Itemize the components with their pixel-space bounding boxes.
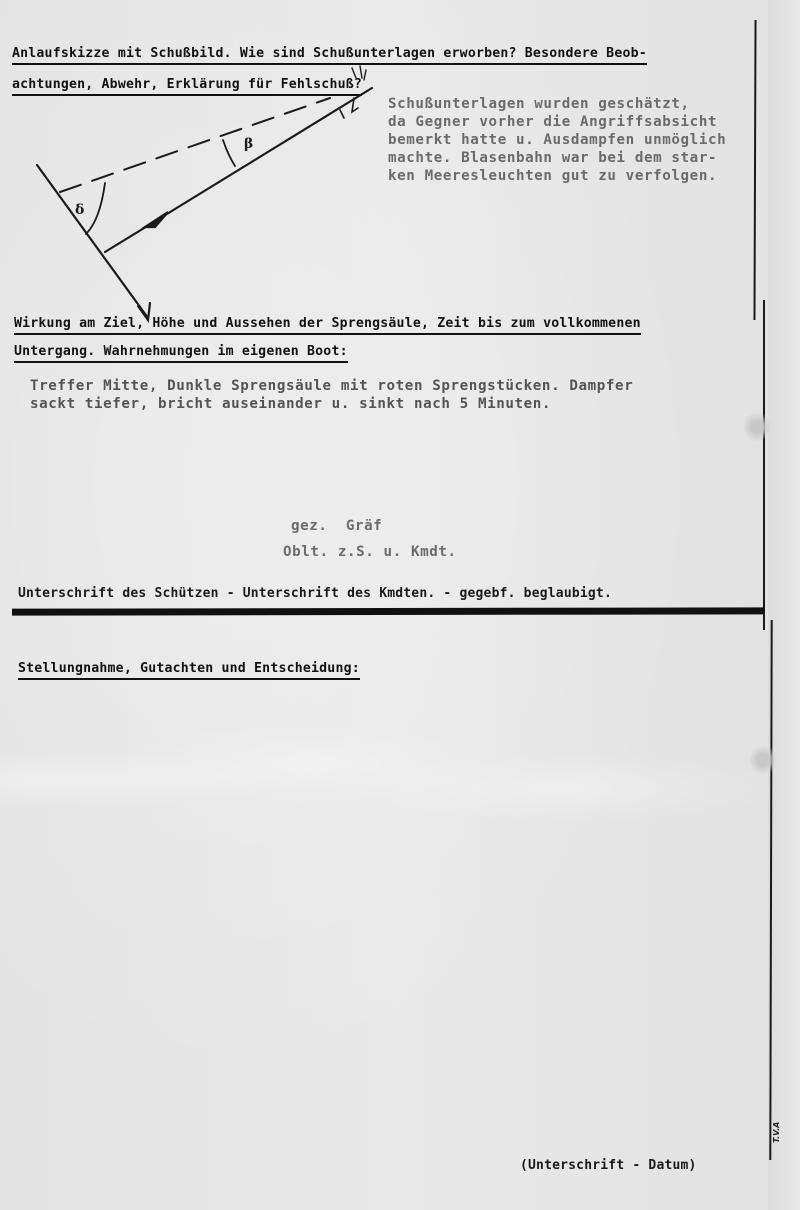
sketch-scribble <box>340 98 358 118</box>
typed-response-line: Treffer Mitte, Dunkle Sprengsäule mit ro… <box>30 377 633 395</box>
torpedo-arrowhead-icon <box>145 212 168 227</box>
section-heading-approach-sketch: Anlaufskizze mit Schußbild. Wie sind Sch… <box>12 45 647 65</box>
margin-rule <box>763 300 765 630</box>
sight-line-dashed <box>60 98 330 192</box>
angle-label-delta: δ <box>75 202 84 218</box>
punch-hole-mark <box>744 412 770 442</box>
signature-name: gez. Gräf <box>291 517 382 535</box>
signature-caption: Unterschrift des Schützen - Unterschrift… <box>18 585 612 603</box>
typed-response-line: bemerkt hatte u. Ausdampfen unmöglich <box>388 131 726 149</box>
typed-response-line: ken Meeresleuchten gut zu verfolgen. <box>388 167 717 185</box>
signature-rank: Oblt. z.S. u. Kmdt. <box>283 543 457 561</box>
typed-response-line: Schußunterlagen wurden geschätzt, <box>388 95 690 113</box>
signature-date-caption: (Unterschrift - Datum) <box>520 1157 697 1175</box>
typed-response-line: machte. Blasenbahn war bei dem star- <box>388 149 717 167</box>
document-page: Anlaufskizze mit Schußbild. Wie sind Sch… <box>0 0 800 1210</box>
section-heading-assessment: Stellungnahme, Gutachten und Entscheidun… <box>18 660 360 680</box>
section-heading-effect-on-target: Wirkung am Ziel, Höhe und Aussehen der S… <box>14 315 641 335</box>
angle-arc-beta <box>223 140 235 166</box>
target-course-line <box>37 165 148 318</box>
section-divider-rule <box>12 607 764 615</box>
margin-rule <box>753 20 756 320</box>
torpedo-track-line <box>105 88 372 252</box>
typed-response-line: da Gegner vorher die Angriffsabsicht <box>388 113 717 131</box>
angle-arc-delta <box>86 183 105 234</box>
section-heading-effect-on-target-cont: Untergang. Wahrnehmungen im eigenen Boot… <box>14 343 348 363</box>
margin-stamp: T.V.A <box>772 1122 781 1143</box>
section-heading-approach-sketch-cont: achtungen, Abwehr, Erklärung für Fehlsch… <box>12 76 362 96</box>
angle-label-beta: β <box>244 136 253 152</box>
erased-text-smudge <box>0 700 760 860</box>
typed-response-line: sackt tiefer, bricht auseinander u. sink… <box>30 395 551 413</box>
page-margin-strip <box>768 0 800 1210</box>
